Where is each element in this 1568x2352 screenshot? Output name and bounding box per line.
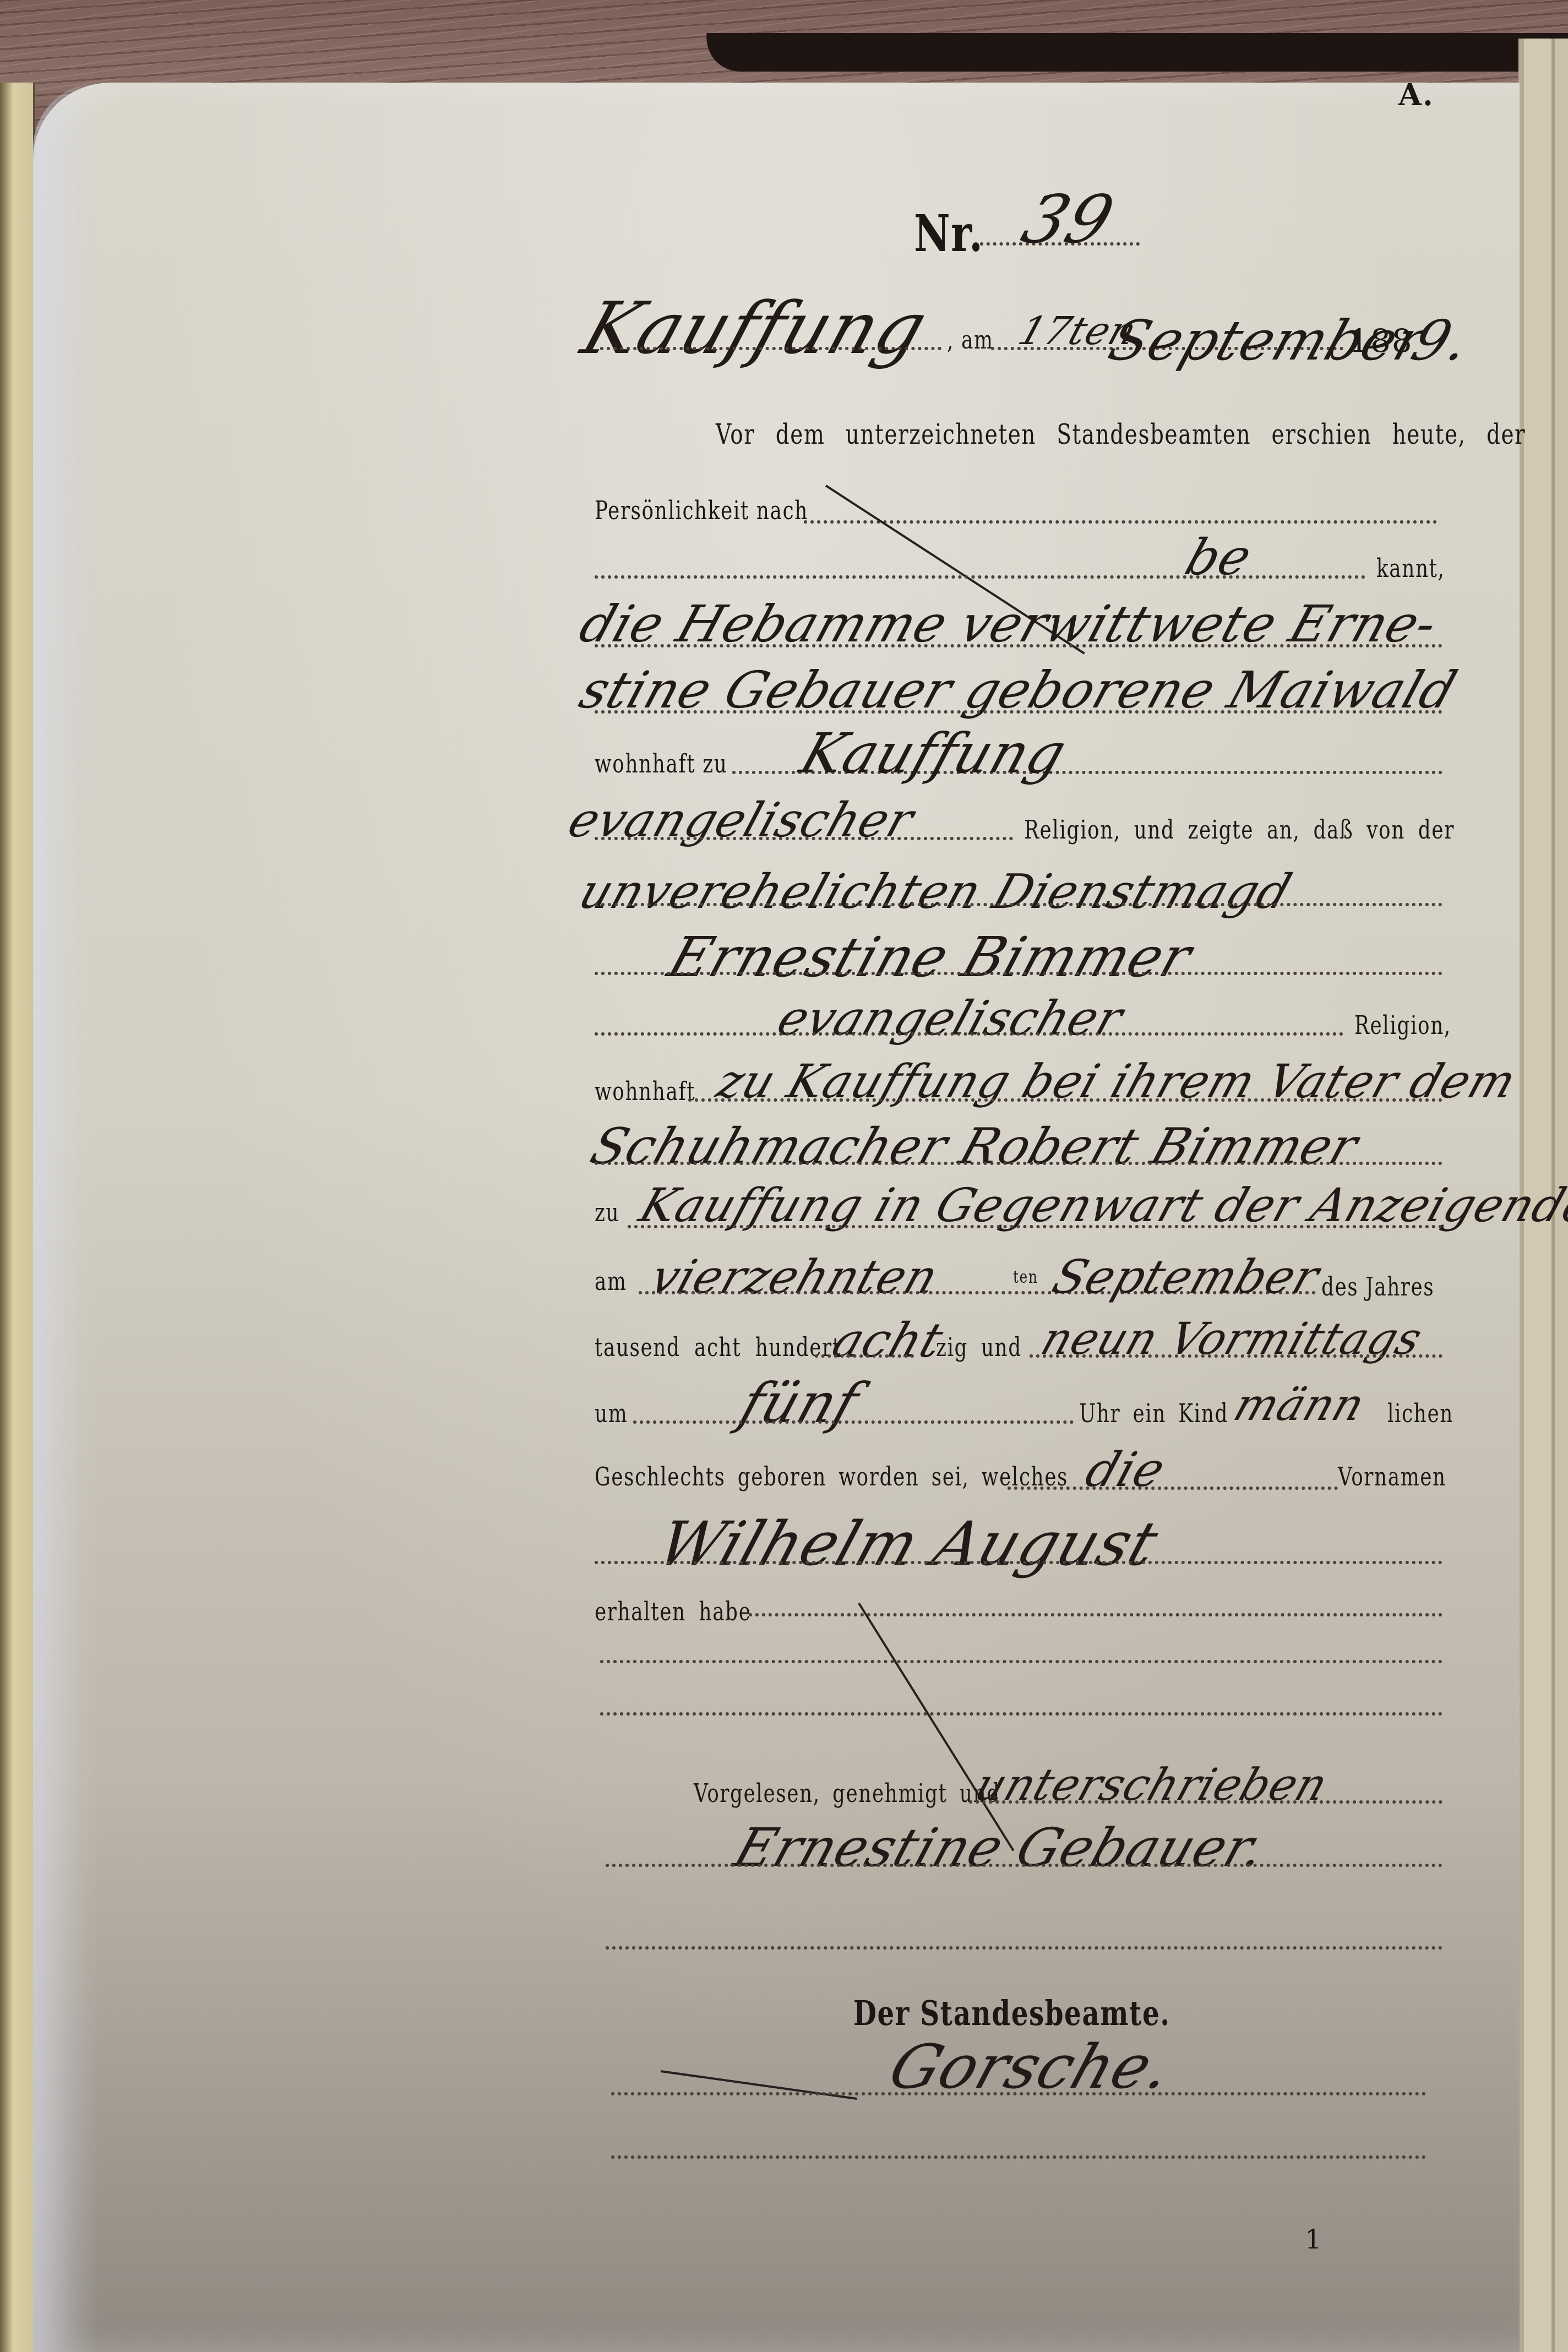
birth-hour-line	[633, 1420, 1074, 1424]
mother-line-1: unverehelichten Dienstmagd	[573, 864, 1298, 919]
registrar-title: Der Standesbeamte.	[853, 1993, 1170, 2033]
sex-prefix: männ	[1228, 1379, 1371, 1430]
informant-signature: Ernestine Gebauer.	[727, 1817, 1273, 1879]
informant-signature-line	[606, 1864, 1442, 1867]
year-prefix: 188	[1349, 322, 1413, 360]
intro-text: Vor dem unterzeichneten Standesbeamten e…	[716, 418, 1526, 450]
sex-suffix: lichen	[1387, 1398, 1453, 1428]
um-label: um	[595, 1398, 628, 1428]
mother-religion: evangelischer	[771, 991, 1130, 1046]
book-cover-shadow	[703, 33, 1568, 72]
persoenlichkeit-line	[804, 520, 1437, 524]
decade-word: acht	[826, 1313, 950, 1368]
mother-line-2: Ernestine Bimmer	[661, 925, 1200, 989]
zu-label: zu	[595, 1197, 619, 1227]
religion-label: Religion,	[1354, 1010, 1451, 1040]
informant-line-1-rule	[595, 644, 1442, 647]
page-number: 1	[1305, 2224, 1323, 2255]
blank-line-3	[606, 1946, 1442, 1950]
erhalten-line	[749, 1613, 1442, 1616]
vorgelesen-text: Vorgelesen, genehmigt und	[694, 1778, 1000, 1808]
blank-line-1	[600, 1660, 1442, 1663]
informant-residence: Kauffung	[793, 721, 1075, 786]
wohnhaft-zu-label: wohnhaft zu	[595, 749, 727, 778]
mother-residence-line-2: Schuhmacher Robert Bimmer	[584, 1118, 1365, 1175]
year-unit-line	[1030, 1354, 1442, 1358]
ten-label: ten	[1013, 1266, 1038, 1287]
religion-report-text: Religion, und zeigte an, daß von der	[1024, 815, 1455, 845]
geschlechts-text: Geschlechts geboren worden sei, welches	[595, 1462, 1068, 1491]
mother-line-2-rule	[595, 972, 1442, 975]
decade-line	[815, 1354, 914, 1358]
entry-number-label: Nr.	[914, 204, 983, 263]
zig-und-label: zig und	[936, 1332, 1022, 1362]
wohnhaft-label: wohnhaft	[595, 1076, 695, 1106]
registrar-signature: Gorsche.	[881, 2032, 1181, 2102]
erhalten-label: erhalten habe	[595, 1597, 751, 1626]
des-jahres-label: des Jahres	[1321, 1272, 1434, 1302]
place-name: Kauffung	[573, 286, 938, 370]
bekannt-line	[595, 575, 1365, 579]
signed-line	[969, 1800, 1442, 1804]
persoenlichkeit-label: Persönlichkeit nach	[595, 496, 808, 525]
informant-line-2-rule	[595, 710, 1442, 714]
corner-label: A.	[1398, 77, 1434, 112]
bekannt-label: kannt,	[1376, 553, 1445, 583]
mother-line-1-rule	[595, 903, 1442, 906]
mother-residence-rule-3	[628, 1225, 1442, 1228]
birth-hour: fünf	[732, 1371, 867, 1435]
am-birth-label: am	[595, 1266, 627, 1296]
blank-line-4	[611, 2155, 1426, 2159]
child-names: Wilhelm August	[650, 1509, 1167, 1579]
place-line	[600, 347, 941, 350]
blank-line-2	[600, 1712, 1442, 1716]
uhr-kind-label: Uhr ein Kind	[1079, 1398, 1228, 1428]
welches-line	[1008, 1487, 1338, 1490]
vornamen-label: Vornamen	[1338, 1462, 1446, 1491]
mother-residence-rule-1	[688, 1098, 1442, 1102]
birth-month: September	[1046, 1250, 1326, 1304]
birth-day: vierzehnten	[644, 1250, 945, 1304]
child-names-line	[595, 1561, 1442, 1564]
registrar-signature-line	[611, 2092, 1426, 2095]
informant-religion-line	[595, 837, 1013, 840]
previous-page-edge	[0, 83, 35, 2352]
am-label: , am	[947, 325, 993, 355]
mother-religion-line	[595, 1032, 1343, 1036]
mother-residence-line-3: Kauffung in Gegenwart der Anzeigenden	[633, 1178, 1568, 1232]
mother-residence-rule-2	[595, 1162, 1442, 1165]
tausend-label: tausend acht hundert	[595, 1332, 841, 1362]
